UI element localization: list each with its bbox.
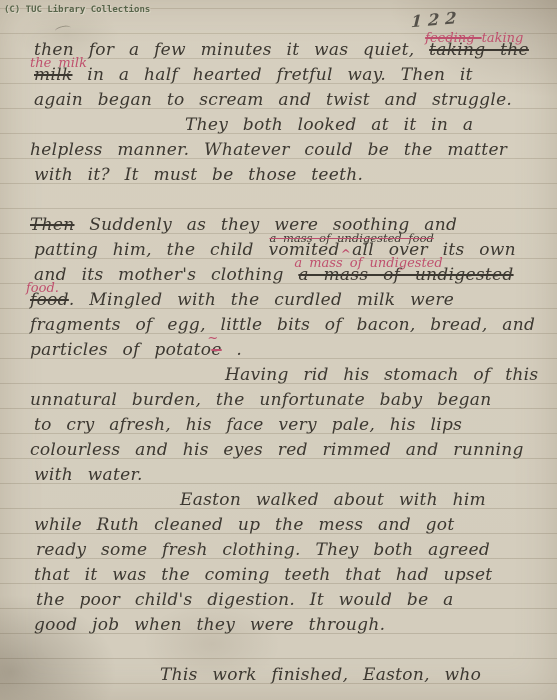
handwritten-text: patting him, the child (34, 240, 268, 260)
interlinear-note: the milk (30, 57, 87, 70)
handwritten-text: fragments of egg, little bits of bacon, … (30, 315, 535, 335)
red-ink-annotation: ~ (207, 331, 218, 346)
manuscript-line: particles of potatoe~ . (0, 338, 557, 363)
manuscript-line: with it? It must be those teeth. (0, 163, 557, 188)
manuscript-line: again began to scream and twist and stru… (0, 88, 557, 113)
handwritten-text: Having rid his stomach of this (225, 365, 538, 385)
manuscript-line: and its mother's clothing a mass of undi… (0, 263, 557, 288)
annotated-word: e~ (211, 338, 221, 363)
manuscript-line: that it was the coming teeth that had up… (0, 563, 557, 588)
red-ink-annotation: taking (482, 31, 524, 46)
manuscript-line: good job when they were through. (0, 613, 557, 638)
handwritten-text: Then (30, 215, 75, 235)
manuscript-lines: then for a few minutes it was quiet, tak… (0, 38, 557, 688)
manuscript-line: to cry afresh, his face very pale, his l… (0, 413, 557, 438)
annotated-word: foodfood. (30, 288, 69, 313)
blank-line (0, 638, 557, 663)
handwritten-text: This work finished, Easton, who (160, 665, 481, 685)
manuscript-line: the poor child's digestion. It would be … (0, 588, 557, 613)
handwritten-text: ready some fresh clothing. They both agr… (36, 540, 490, 560)
interlinear-note: ~ (207, 332, 218, 345)
manuscript-page: (C) TUC Library Collections 122 then for… (0, 0, 557, 700)
handwritten-text: good job when they were through. (34, 615, 385, 635)
manuscript-line: Easton walked about with him (0, 488, 557, 513)
handwritten-text: the poor child's digestion. It would be … (36, 590, 454, 610)
handwritten-text: in a half hearted fretful way. Then it (73, 65, 473, 85)
blank-line (0, 188, 557, 213)
annotated-word: taking thefeeding taking (429, 38, 529, 63)
annotated-word: a mass of undigesteda mass of undigested (298, 263, 513, 288)
manuscript-line: This work finished, Easton, who (0, 663, 557, 688)
manuscript-line: They both looked at it in a (0, 113, 557, 138)
handwritten-text: colourless and his eyes red rimmed and r… (30, 440, 524, 460)
manuscript-line: patting him, the child vomiteda mass of … (0, 238, 557, 263)
interlinear-note: food. (26, 282, 59, 295)
handwritten-text: helpless manner. Whatever could be the m… (30, 140, 507, 160)
handwritten-text: with it? It must be those teeth. (34, 165, 363, 185)
handwritten-text: Easton walked about with him (180, 490, 486, 510)
handwritten-text: particles of potato (30, 340, 211, 360)
red-ink-annotation: feeding (425, 31, 482, 46)
red-ink-annotation: the milk (30, 56, 87, 71)
handwritten-text: again began to scream and twist and stru… (34, 90, 512, 110)
manuscript-line: colourless and his eyes red rimmed and r… (0, 438, 557, 463)
manuscript-line: while Ruth cleaned up the mess and got (0, 513, 557, 538)
handwritten-text: . (222, 340, 242, 360)
manuscript-line: helpless manner. Whatever could be the m… (0, 138, 557, 163)
watermark-label: (C) TUC Library Collections (4, 5, 150, 15)
interlinear-note: feeding taking (425, 32, 523, 45)
handwritten-text: to cry afresh, his face very pale, his l… (34, 415, 462, 435)
manuscript-line: fragments of egg, little bits of bacon, … (0, 313, 557, 338)
red-ink-annotation: a mass of undigested (294, 256, 442, 271)
manuscript-line: foodfood.. Mingled with the curdled milk… (0, 288, 557, 313)
page-number: 122 (410, 8, 462, 32)
manuscript-line: with water. (0, 463, 557, 488)
red-ink-annotation: a mass of undigested food (264, 233, 438, 245)
handwritten-text: with water. (34, 465, 143, 485)
interlinear-note: a mass of undigested food (264, 232, 438, 245)
pencil-mark (54, 24, 71, 34)
manuscript-line: milkthe milk in a half hearted fretful w… (0, 63, 557, 88)
manuscript-line: unnatural burden, the unfortunate baby b… (0, 388, 557, 413)
annotated-word: milkthe milk (34, 63, 73, 88)
manuscript-line: Having rid his stomach of this (0, 363, 557, 388)
handwritten-text: then for a few minutes it was quiet, (34, 40, 429, 60)
handwritten-text: They both looked at it in a (185, 115, 473, 135)
interlinear-note: a mass of undigested (294, 257, 442, 270)
handwritten-text: . Mingled with the curdled milk were (69, 290, 454, 310)
red-ink-annotation: food. (26, 281, 59, 296)
handwritten-text: that it was the coming teeth that had up… (34, 565, 492, 585)
handwritten-text: unnatural burden, the unfortunate baby b… (30, 390, 492, 410)
handwritten-text: while Ruth cleaned up the mess and got (34, 515, 454, 535)
manuscript-line: ready some fresh clothing. They both agr… (0, 538, 557, 563)
handwritten-text: and its mother's clothing (34, 265, 298, 285)
